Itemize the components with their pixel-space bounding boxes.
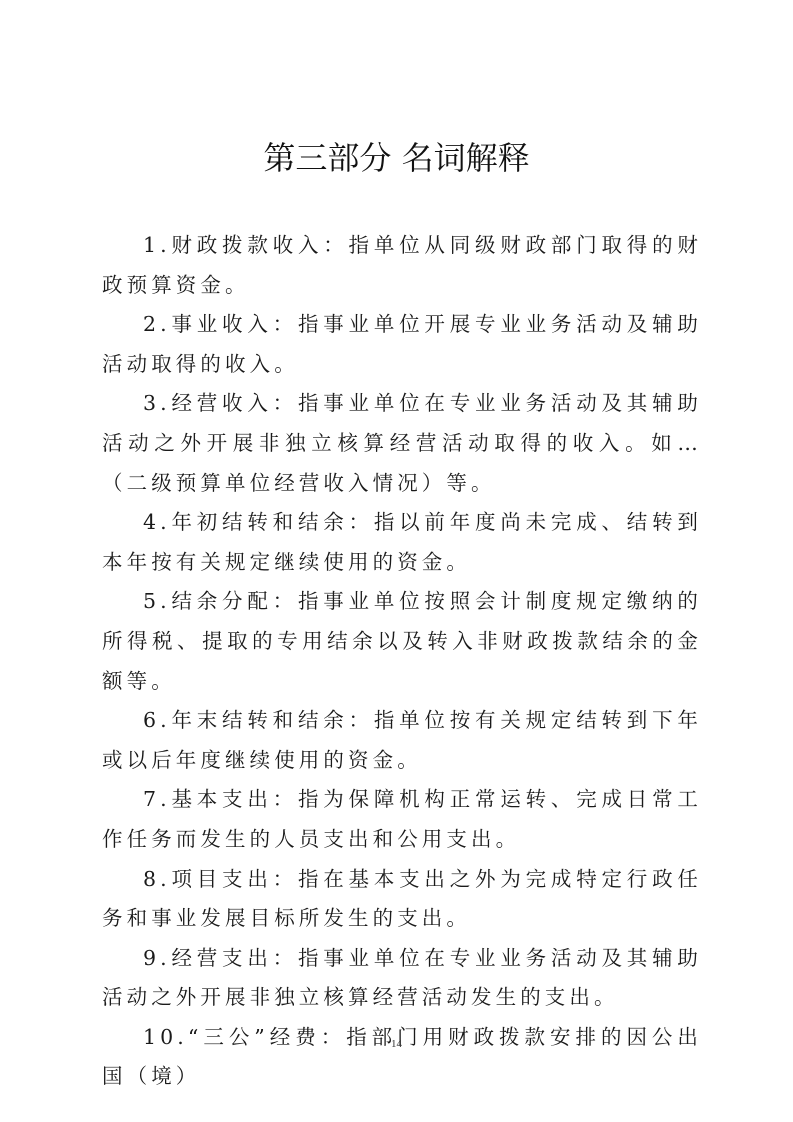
definition-paragraph: 10.“三公”经费：指部门用财政拨款安排的因公出国（境） (102, 1018, 702, 1097)
definition-paragraph: 8.项目支出：指在基本支出之外为完成特定行政任务和事业发展目标所发生的支出。 (102, 860, 702, 939)
section-title: 第三部分 名词解释 (0, 138, 793, 178)
definition-paragraph: 3.经营收入：指事业单位在专业业务活动及其辅助活动之外开展非独立核算经营活动取得… (102, 384, 702, 503)
definition-paragraph: 6.年末结转和结余：指单位按有关规定结转到下年或以后年度继续使用的资金。 (102, 701, 702, 780)
definition-paragraph: 2.事业收入：指事业单位开展专业业务活动及辅助活动取得的收入。 (102, 305, 702, 384)
document-page: 第三部分 名词解释 1.财政拨款收入：指单位从同级财政部门取得的财政预算资金。 … (0, 0, 793, 1122)
definitions-body: 1.财政拨款收入：指单位从同级财政部门取得的财政预算资金。 2.事业收入：指事业… (102, 226, 702, 1097)
definition-paragraph: 7.基本支出：指为保障机构正常运转、完成日常工作任务而发生的人员支出和公用支出。 (102, 780, 702, 859)
definition-paragraph: 9.经营支出：指事业单位在专业业务活动及其辅助活动之外开展非独立核算经营活动发生… (102, 939, 702, 1018)
definition-paragraph: 1.财政拨款收入：指单位从同级财政部门取得的财政预算资金。 (102, 226, 702, 305)
definition-paragraph: 5.结余分配：指事业单位按照会计制度规定缴纳的所得税、提取的专用结余以及转入非财… (102, 582, 702, 701)
definition-paragraph: 4.年初结转和结余：指以前年度尚未完成、结转到本年按有关规定继续使用的资金。 (102, 503, 702, 582)
page-number: 14 (0, 1038, 793, 1050)
